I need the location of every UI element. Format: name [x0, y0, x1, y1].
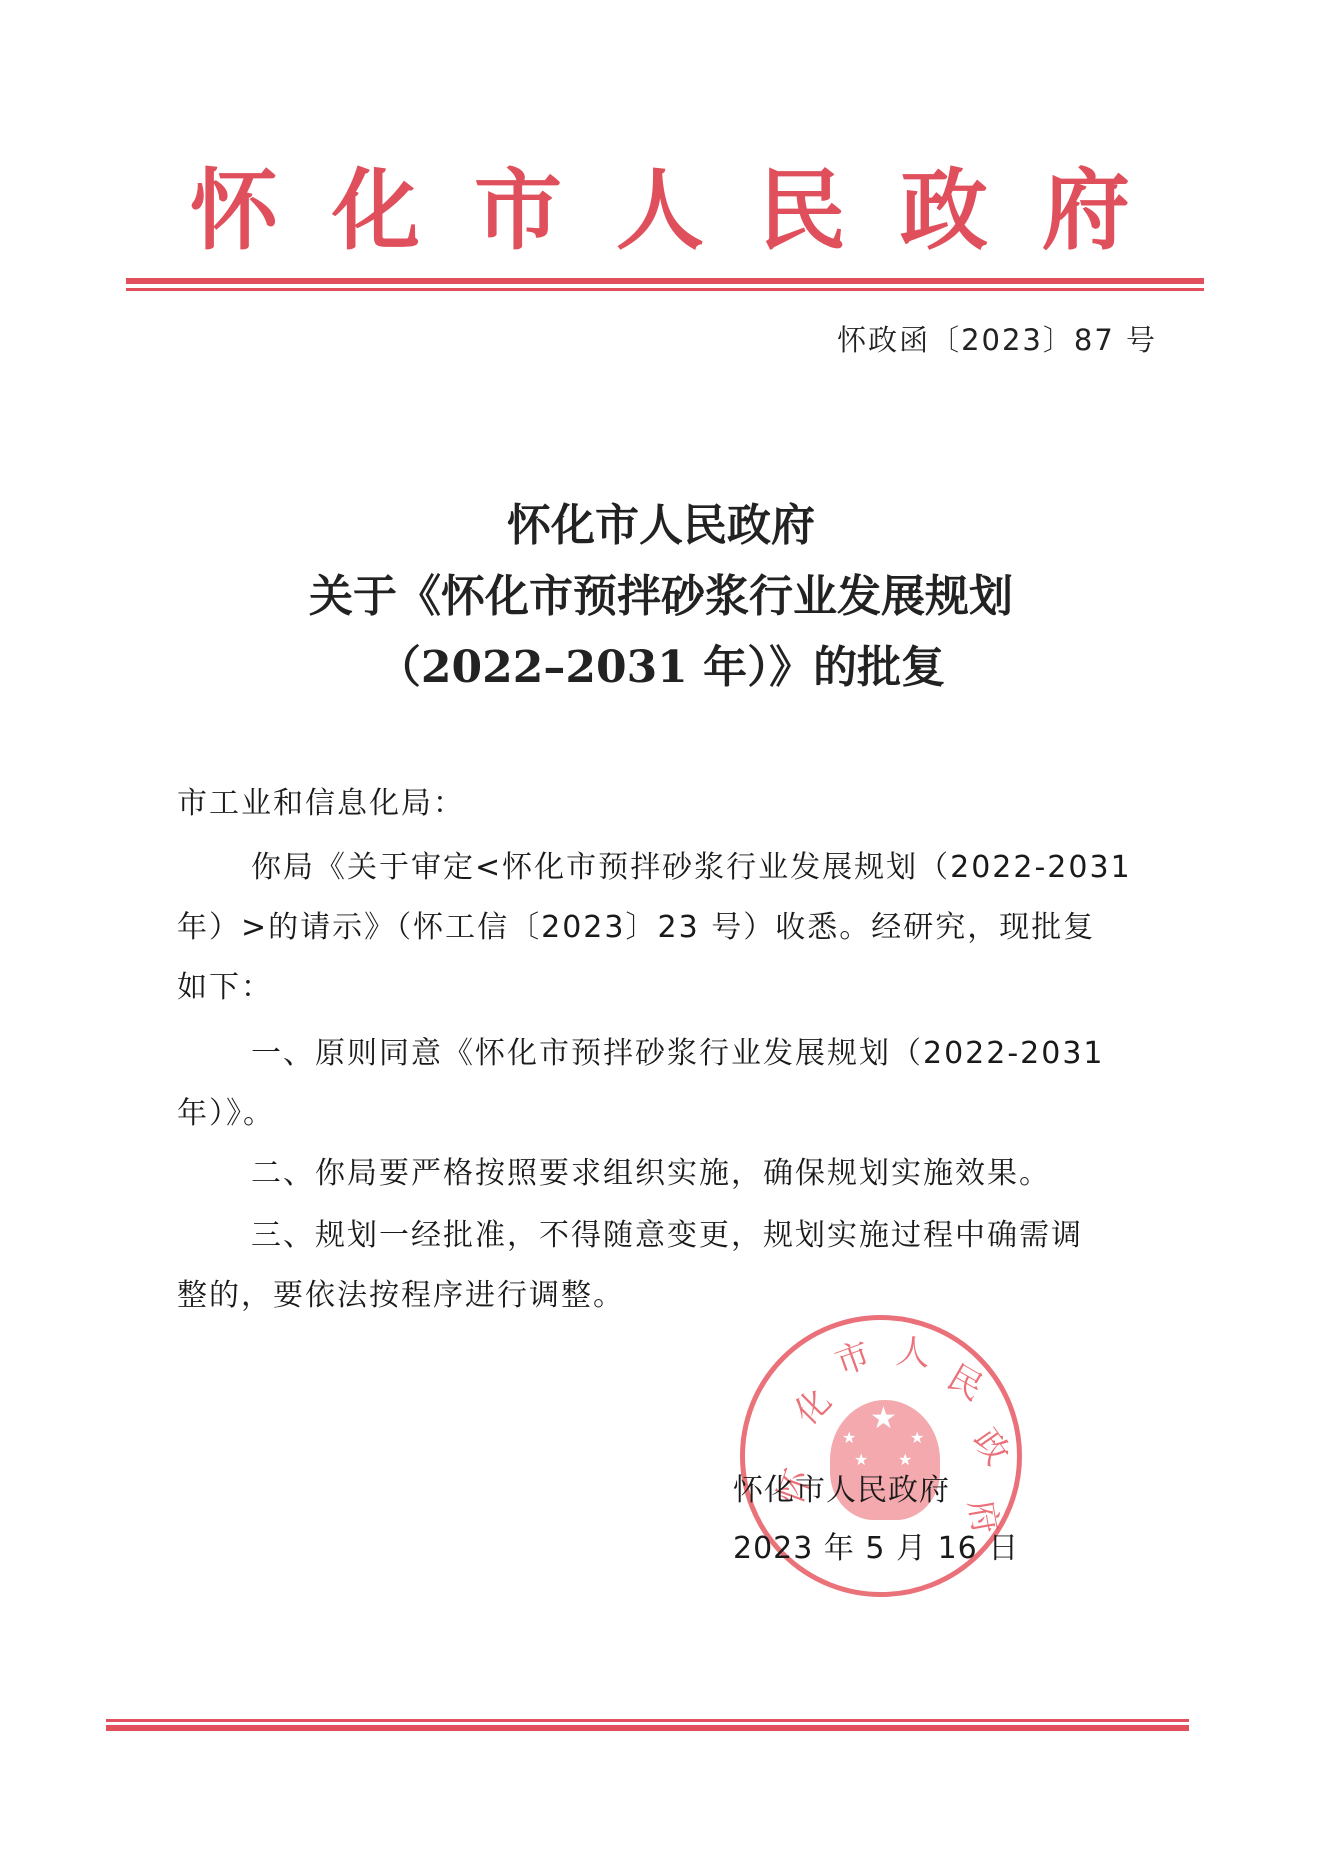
star-icon: ★ [870, 1404, 897, 1434]
seal-char: 化 [787, 1381, 839, 1433]
masthead-divider-thin [126, 288, 1204, 291]
footer-divider-thin [106, 1719, 1189, 1722]
star-icon: ★ [910, 1430, 924, 1446]
masthead-char: 化 [332, 166, 420, 254]
document-page: 怀 化 市 人 民 政 府 怀政函〔2023〕87 号 怀化市人民政府 关于《怀… [0, 0, 1322, 1869]
masthead-title: 怀 化 市 人 民 政 府 [190, 155, 1130, 265]
footer-divider-thick [106, 1725, 1189, 1731]
item-1-line-1: 一、原则同意《怀化市预拌砂浆行业发展规划（2022-2031 [251, 1034, 1105, 1074]
paragraph-1-line-3: 如下： [177, 968, 273, 1008]
masthead-divider-thick [126, 278, 1204, 284]
seal-char: 人 [892, 1334, 935, 1371]
title-line-2: 关于《怀化市预拌砂浆行业发展规划 [0, 561, 1322, 632]
paragraph-1-line-2: 年）>的请示》（怀工信〔2023〕23 号）收悉。经研究，现批复 [177, 908, 1095, 948]
salutation: 市工业和信息化局： [177, 784, 465, 824]
item-3-line-2: 整的，要依法按程序进行调整。 [177, 1276, 625, 1316]
masthead-char: 民 [758, 166, 846, 254]
masthead-char: 怀 [190, 166, 278, 254]
masthead-char: 人 [616, 166, 704, 254]
masthead-char: 政 [900, 166, 988, 254]
document-number: 怀政函〔2023〕87 号 [837, 318, 1157, 359]
seal-char: 市 [828, 1336, 877, 1382]
item-3-line-1: 三、规划一经批准，不得随意变更，规划实施过程中确需调 [251, 1216, 1083, 1256]
masthead-char: 府 [1042, 166, 1130, 254]
item-1-line-2: 年）》。 [177, 1094, 275, 1134]
title-line-3: （2022–2031 年）》的批复 [0, 632, 1322, 703]
star-icon: ★ [842, 1430, 856, 1446]
signature-organization: 怀化市人民政府 [733, 1465, 950, 1509]
title-line-1: 怀化市人民政府 [0, 490, 1322, 561]
seal-char: 民 [939, 1358, 991, 1407]
document-title: 怀化市人民政府 关于《怀化市预拌砂浆行业发展规划 （2022–2031 年）》的… [0, 490, 1322, 703]
seal-char: 政 [966, 1421, 1017, 1473]
signature-date: 2023 年 5 月 16 日 [733, 1523, 1019, 1567]
item-2-line-1: 二、你局要严格按照要求组织实施，确保规划实施效果。 [251, 1154, 1051, 1194]
masthead-char: 市 [474, 166, 562, 254]
paragraph-1-line-1: 你局《关于审定<怀化市预拌砂浆行业发展规划（2022-2031 [251, 848, 1132, 888]
